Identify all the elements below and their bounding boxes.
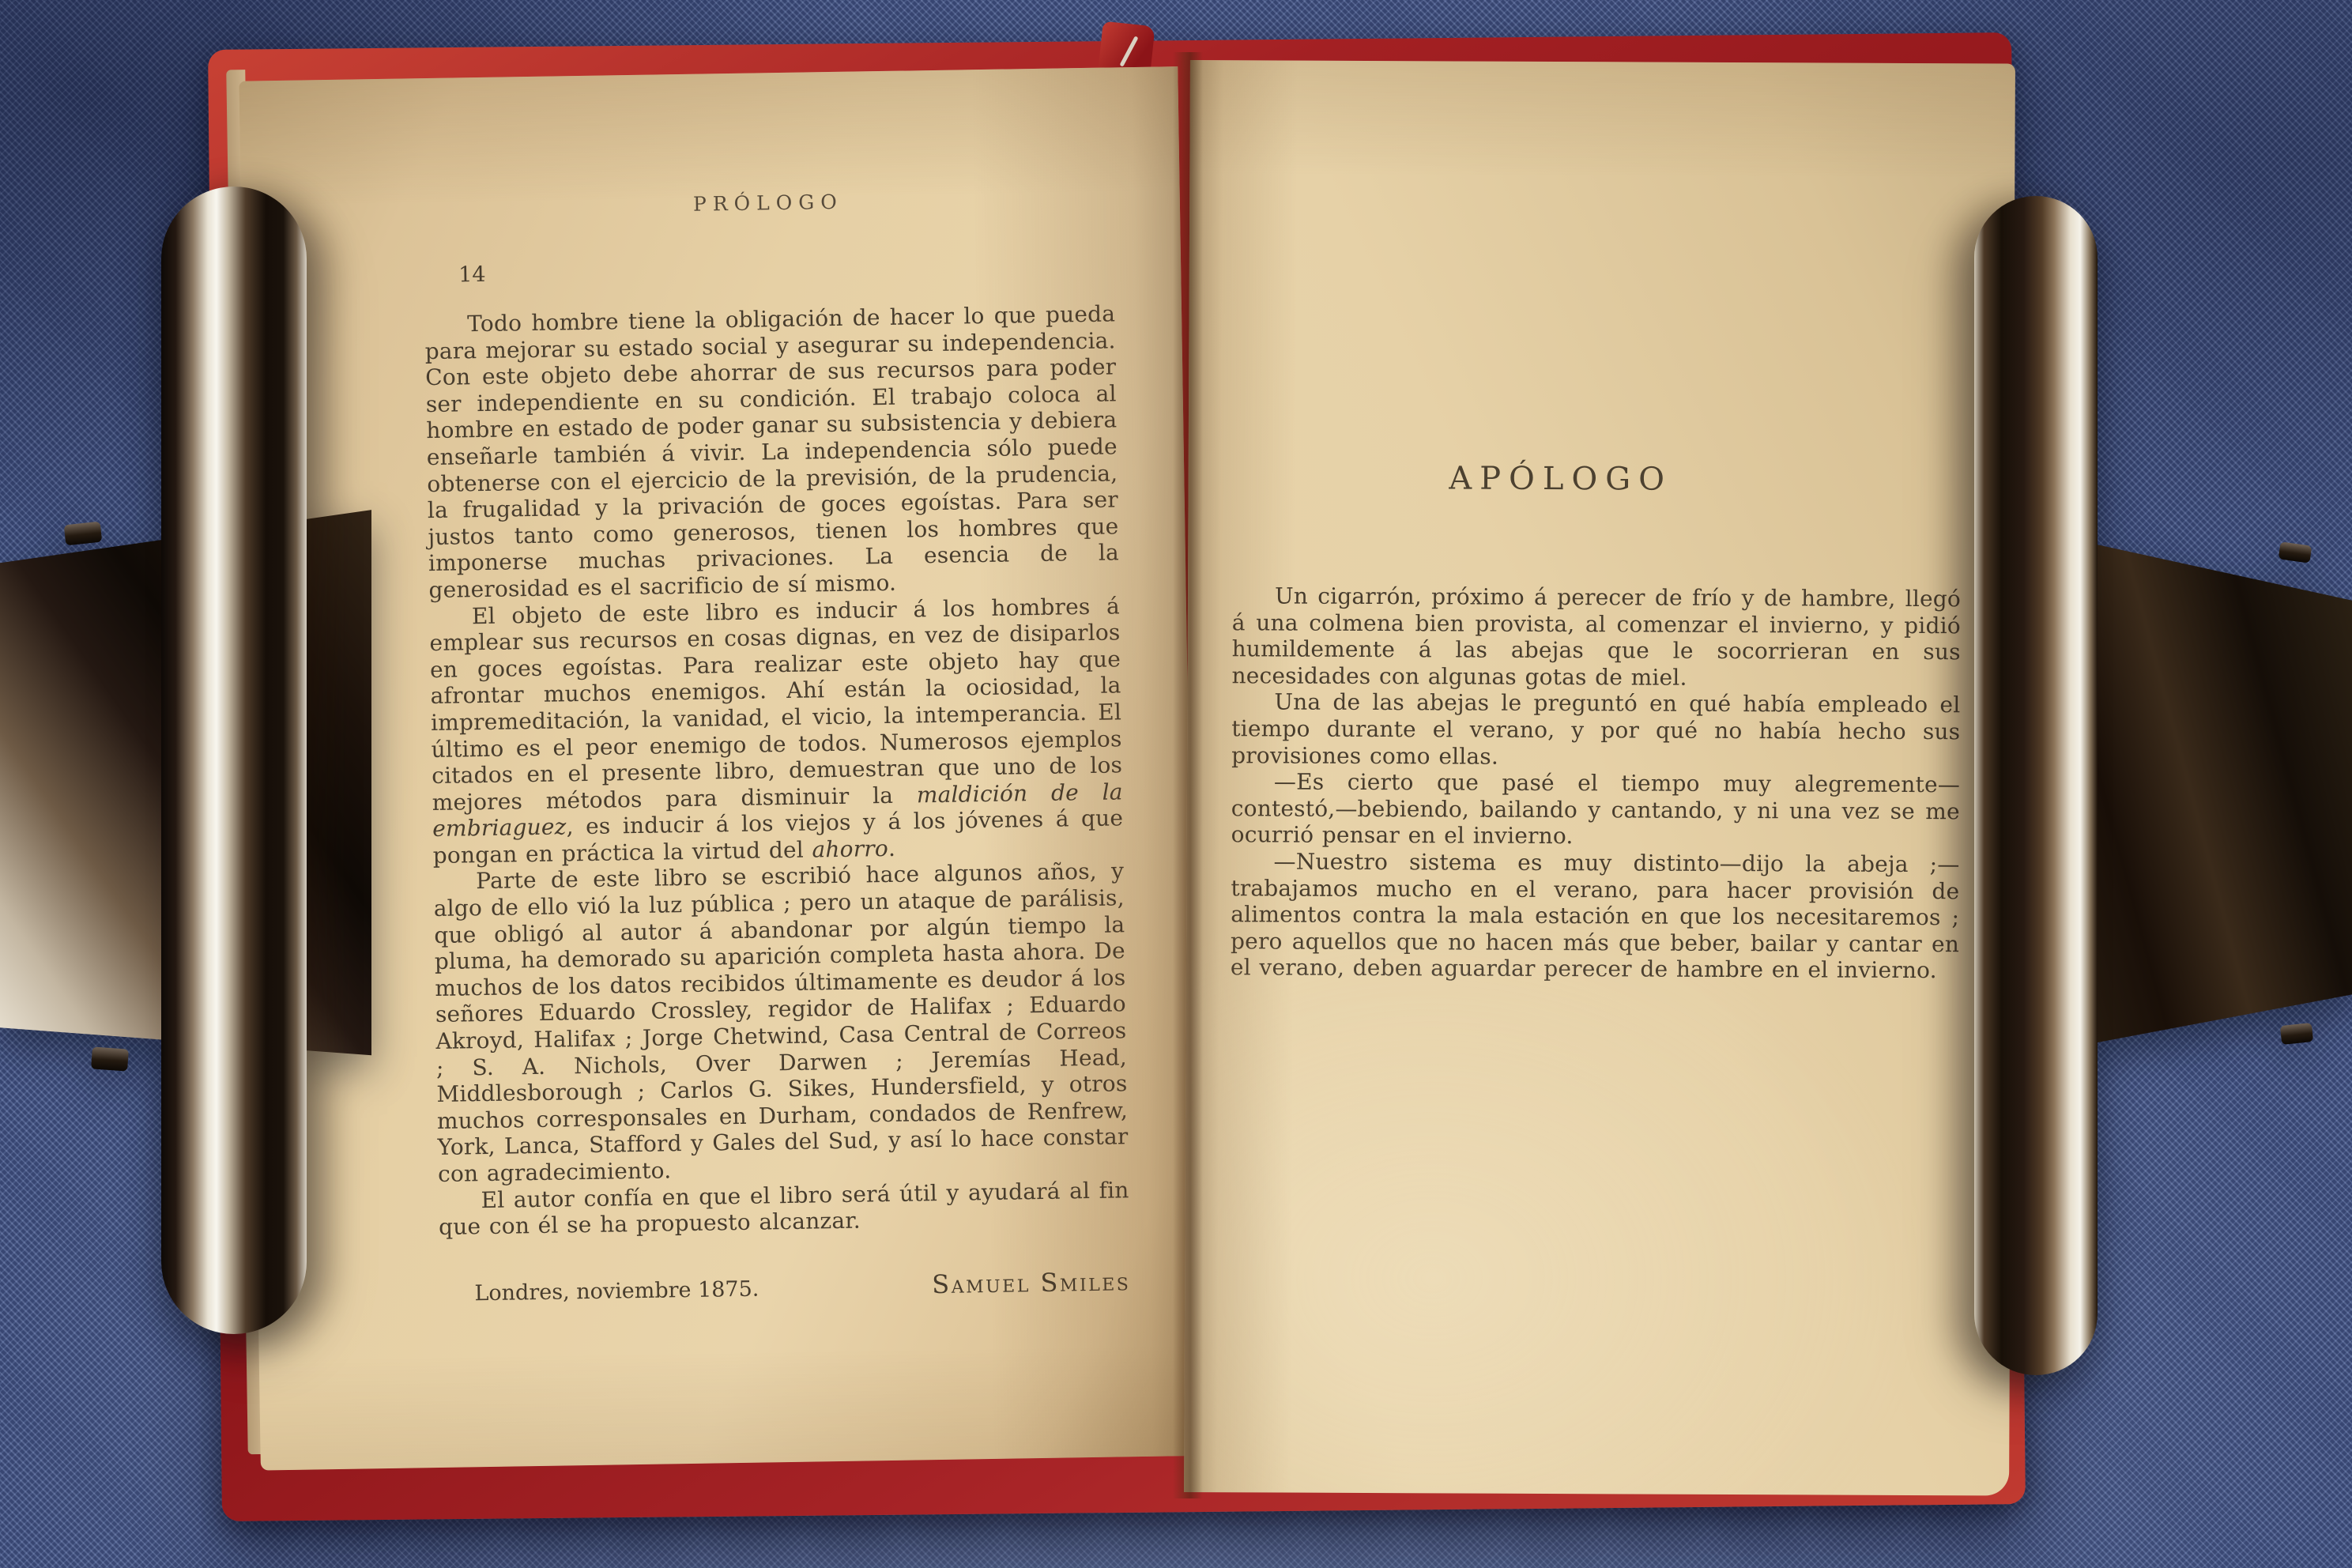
page-number: 14 — [458, 262, 486, 288]
dateline-row: Londres, noviembre 1875. Samuel Smiles — [439, 1266, 1130, 1307]
paragraph-2: El objeto de este libro es inducir á los… — [429, 593, 1124, 869]
paragraph-4: —Nuestro sistema es muy distinto—dijo la… — [1231, 848, 1960, 984]
paragraph-4: El autor confía en que el libro será úti… — [438, 1177, 1129, 1241]
left-page-text-block: PRÓLOGO 14 Todo hombre tiene la obligaci… — [423, 186, 1131, 1306]
paragraph-1: Un cigarrón, próximo á perecer de frío y… — [1231, 582, 1961, 692]
right-page-body: Un cigarrón, próximo á perecer de frío y… — [1231, 582, 1961, 984]
paragraph-3: —Es cierto que pasé el tiempo muy alegre… — [1231, 768, 1960, 851]
paragraph-2: Una de las abejas le preguntó en qué hab… — [1231, 689, 1960, 772]
paragraph-3: Parte de este libro se escribió hace alg… — [433, 858, 1129, 1188]
right-page-text-block: APÓLOGO Un cigarrón, próximo á perecer d… — [1231, 459, 1962, 984]
paragraph-segment: . — [888, 835, 896, 861]
italic-phrase: ahorro — [812, 835, 888, 863]
right-page: APÓLOGO Un cigarrón, próximo á perecer d… — [1184, 60, 2015, 1496]
author-signature: Samuel Smiles — [932, 1266, 1131, 1299]
paragraph-1: Todo hombre tiene la obligación de hacer… — [424, 300, 1120, 603]
chapter-title: APÓLOGO — [1197, 459, 1925, 499]
running-header: PRÓLOGO — [423, 186, 1114, 220]
left-page: PRÓLOGO 14 Todo hombre tiene la obligaci… — [239, 66, 1199, 1470]
dateline: Londres, noviembre 1875. — [474, 1276, 759, 1306]
left-page-body: Todo hombre tiene la obligación de hacer… — [424, 300, 1129, 1240]
book-photo-scene: PRÓLOGO 14 Todo hombre tiene la obligaci… — [0, 0, 2352, 1568]
